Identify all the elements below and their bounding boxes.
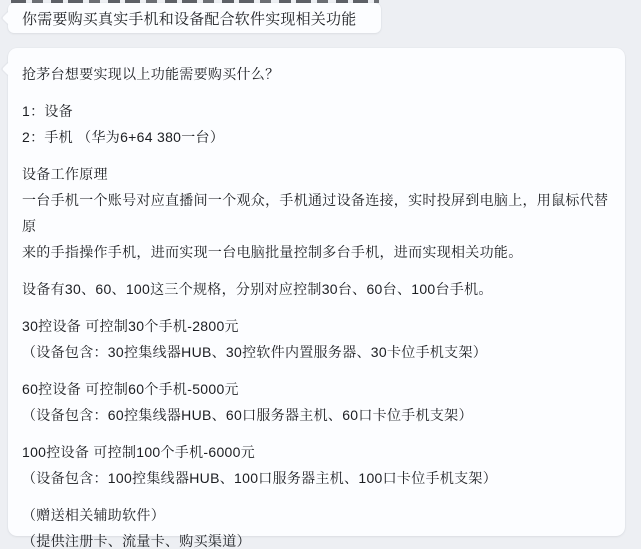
quoted-message-bubble[interactable]: 你需要购买真实手机和设备配合软件实现相关功能: [8, 3, 381, 33]
message-paragraph-extras: （赠送相关辅助软件） （提供注册卡、流量卡、购买渠道）: [22, 502, 615, 549]
message-paragraph-device-30: 30控设备 可控制30个手机-2800元 （设备包含：30控集线器HUB、30控…: [22, 313, 615, 365]
message-paragraph-specs: 设备有30、60、100这三个规格，分别对应控制30台、60台、100台手机。: [22, 276, 615, 302]
message-paragraph-question: 抢茅台想要实现以上功能需要购买什么？: [22, 61, 615, 87]
message-paragraph-principle: 设备工作原理 一台手机一个账号对应直播间一个观众，手机通过设备连接，实时投屏到电…: [22, 161, 615, 265]
message-paragraph-item-list: 1：设备 2：手机 （华为6+64 380一台）: [22, 98, 615, 150]
message-paragraph-device-100: 100控设备 可控制100个手机-6000元 （设备包含：100控集线器HUB、…: [22, 439, 615, 491]
chat-page: 你需要购买真实手机和设备配合软件实现相关功能 抢茅台想要实现以上功能需要购买什么…: [0, 0, 641, 549]
message-paragraph-device-60: 60控设备 可控制60个手机-5000元 （设备包含：60控集线器HUB、60口…: [22, 376, 615, 428]
quoted-message-text: 你需要购买真实手机和设备配合软件实现相关功能: [22, 8, 356, 29]
message-bubble[interactable]: 抢茅台想要实现以上功能需要购买什么？ 1：设备 2：手机 （华为6+64 380…: [8, 48, 625, 536]
